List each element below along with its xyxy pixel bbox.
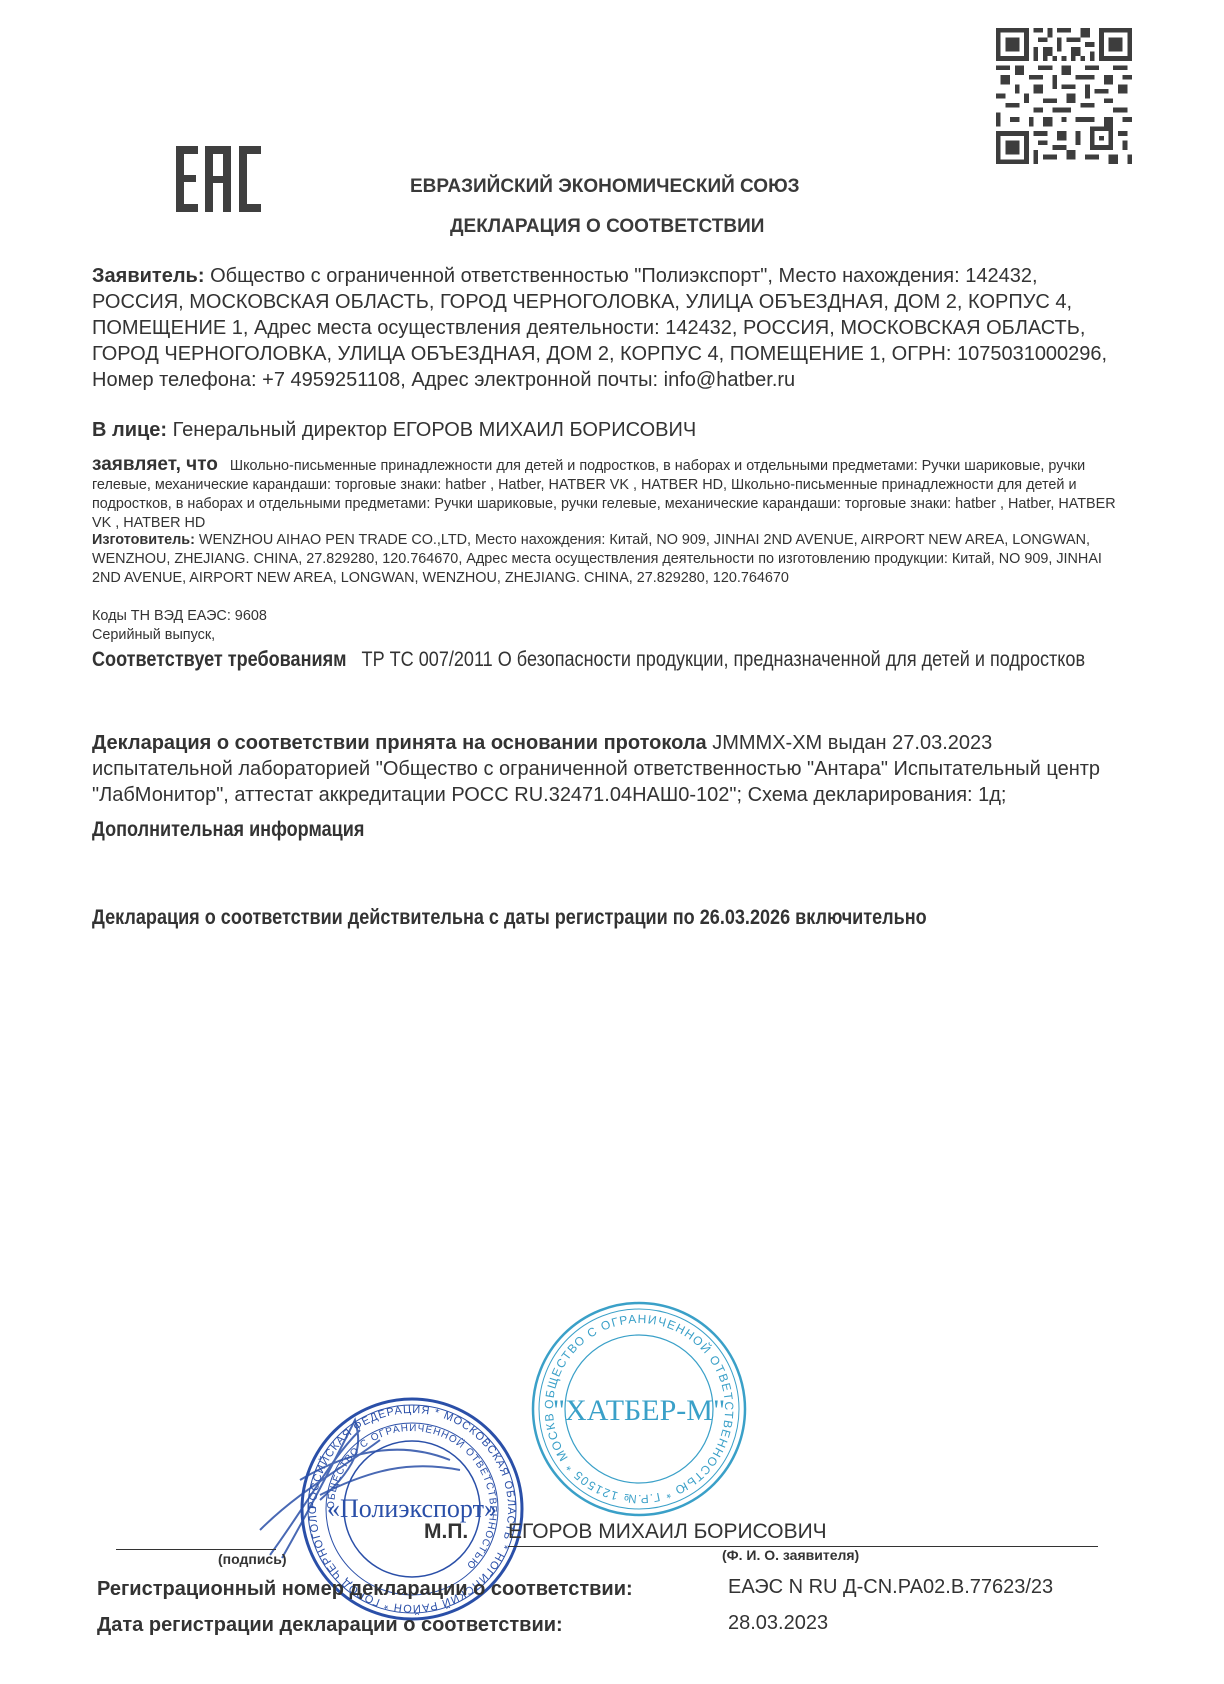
stamp-place-label: М.П. bbox=[424, 1520, 468, 1544]
customs-codes: Коды ТН ВЭД ЕАЭС: 9608 bbox=[92, 607, 1132, 626]
round-stamp-icon: ОБЩЕСТВО С ОГРАНИЧЕННОЙ ОТВЕТСТВЕННОСТЬЮ… bbox=[530, 1300, 748, 1518]
eac-logo-icon bbox=[172, 142, 267, 216]
additional-info-section: Дополнительная информация bbox=[92, 817, 1132, 843]
registration-date-value: 28.03.2023 bbox=[728, 1612, 828, 1635]
compliance-section: Соответствует требованиям ТР ТС 007/2011… bbox=[92, 645, 1224, 674]
validity-text: Декларация о соответствии действительна … bbox=[92, 906, 927, 929]
name-caption: (Ф. И. О. заявителя) bbox=[722, 1547, 859, 1563]
signature-caption: (подпись) bbox=[218, 1551, 287, 1567]
qr-code-icon bbox=[996, 28, 1132, 164]
union-title: ЕВРАЗИЙСКИЙ ЭКОНОМИЧЕСКИЙ СОЮЗ bbox=[410, 176, 860, 198]
representative-text: Генеральный директор ЕГОРОВ МИХАИЛ БОРИС… bbox=[173, 419, 697, 441]
signature-line bbox=[116, 1549, 276, 1550]
applicant-label: Заявитель: bbox=[92, 265, 205, 287]
registration-number-value: ЕАЭС N RU Д-CN.РА02.В.77623/23 bbox=[728, 1576, 1053, 1599]
compliance-label: Соответствует требованиям bbox=[92, 648, 346, 671]
declares-section: заявляет, что Школьно-письменные принадл… bbox=[92, 455, 1122, 533]
basis-section: Декларация о соответствии принята на осн… bbox=[92, 730, 1132, 808]
additional-info-label: Дополнительная информация bbox=[92, 818, 364, 841]
applicant-full-name: ЕГОРОВ МИХАИЛ БОРИСОВИЧ bbox=[508, 1520, 827, 1544]
serial-release: Серийный выпуск, bbox=[92, 626, 1132, 645]
validity-section: Декларация о соответствии действительна … bbox=[92, 903, 1092, 932]
compliance-text: ТР ТС 007/2011 О безопасности продукции,… bbox=[362, 648, 1086, 671]
registration-date-label: Дата регистрации декларации о соответств… bbox=[97, 1614, 563, 1637]
basis-label: Декларация о соответствии принята на осн… bbox=[92, 732, 707, 754]
manufacturer-section: Изготовитель: WENZHOU AIHAO PEN TRADE CO… bbox=[92, 531, 1122, 588]
registration-number-label: Регистрационный номер декларации о соотв… bbox=[97, 1578, 633, 1601]
applicant-section: Заявитель: Общество с ограниченной ответ… bbox=[92, 263, 1122, 393]
declares-label: заявляет, что bbox=[92, 454, 218, 475]
document-title: ДЕКЛАРАЦИЯ О СООТВЕТСТВИИ bbox=[450, 216, 850, 238]
declares-text: Школьно-письменные принадлежности для де… bbox=[92, 458, 1116, 531]
manufacturer-text: WENZHOU AIHAO PEN TRADE CO.,LTD, Место н… bbox=[92, 532, 1102, 586]
company-stamp-right: ОБЩЕСТВО С ОГРАНИЧЕННОЙ ОТВЕТСТВЕННОСТЬЮ… bbox=[530, 1300, 748, 1518]
svg-text:"ХАТБЕР-М": "ХАТБЕР-М" bbox=[553, 1394, 725, 1427]
representative-section: В лице: Генеральный директор ЕГОРОВ МИХА… bbox=[92, 417, 1132, 443]
representative-label: В лице: bbox=[92, 419, 167, 441]
manufacturer-label: Изготовитель: bbox=[92, 532, 195, 548]
svg-text:«Полиэкспорт»: «Полиэкспорт» bbox=[327, 1494, 497, 1523]
applicant-text: Общество с ограниченной ответственностью… bbox=[92, 265, 1107, 391]
